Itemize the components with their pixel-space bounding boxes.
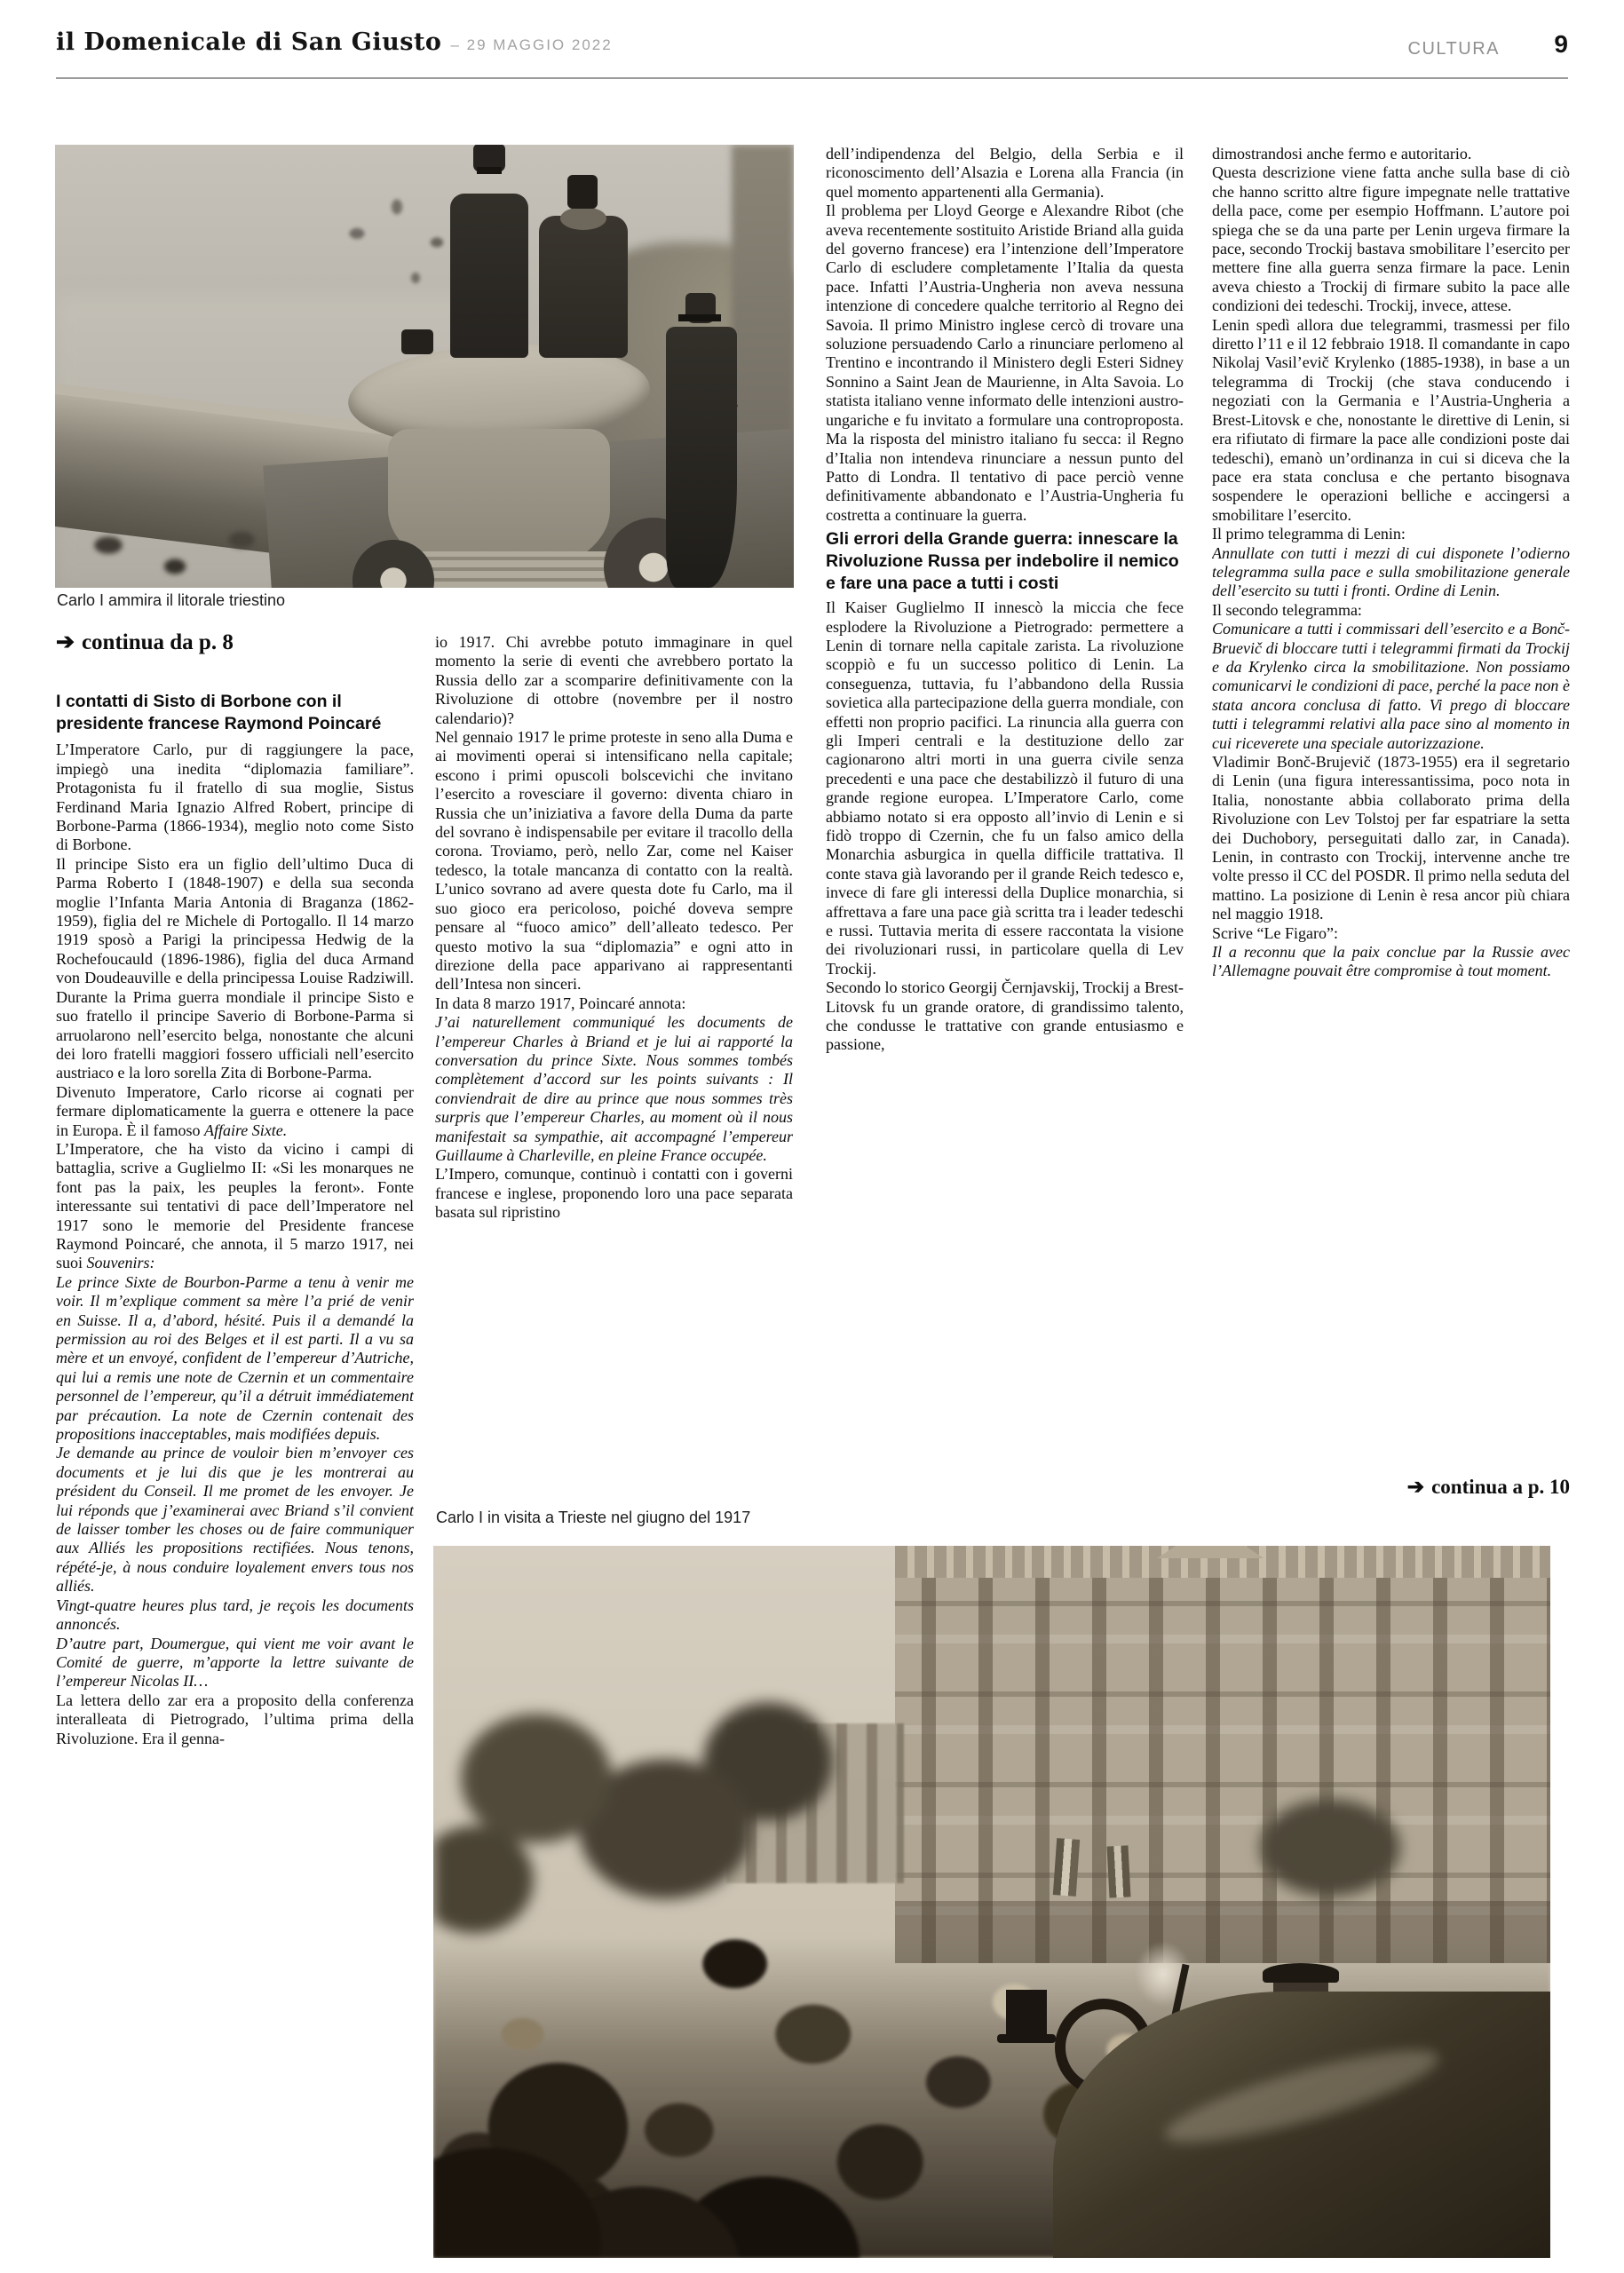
article-heading: I contatti di Sisto di Borbone con il pr… xyxy=(56,691,414,735)
arrow-right-icon: ➔ xyxy=(1407,1476,1424,1498)
photo-car-sheen xyxy=(1158,2033,1445,2159)
paragraph: L’Imperatore, che ha visto da vicino i c… xyxy=(56,1140,414,1273)
quote-paragraph: Annullate con tutti i mezzi di cui dispo… xyxy=(1212,544,1570,601)
arrow-right-icon: ➔ xyxy=(56,633,75,654)
subhead-grande-guerra: Gli errori della Grande guerra: innescar… xyxy=(826,528,1184,595)
photo-figure-officer-fez xyxy=(450,194,528,358)
paragraph: Questa descrizione viene fatta anche sul… xyxy=(1212,163,1570,315)
paragraph: Scrive “Le Figaro”: xyxy=(1212,924,1570,943)
quote-paragraph: J’ai naturellement communiqué les docume… xyxy=(435,1013,793,1165)
paragraph: Il secondo telegramma: xyxy=(1212,601,1570,620)
paragraph: dell’indipendenza del Belgio, della Serb… xyxy=(826,145,1184,202)
photo-figure-chauffeur-hat xyxy=(401,329,433,354)
paragraph: In data 8 marzo 1917, Poincaré annota: xyxy=(435,994,793,1013)
paragraph: L’Imperatore Carlo, pur di raggiungere l… xyxy=(56,741,414,854)
column-3: dell’indipendenza del Belgio, della Serb… xyxy=(826,145,1184,1505)
paragraph: Nel gennaio 1917 le prime proteste in se… xyxy=(435,728,793,994)
page-number: 9 xyxy=(1554,30,1568,59)
quote-paragraph: D’autre part, Doumergue, qui vient me vo… xyxy=(56,1635,414,1691)
masthead-title: il Domenicale di San Giusto xyxy=(56,28,441,56)
paragraph: Secondo lo storico Georgij Černjavskij, … xyxy=(826,978,1184,1055)
photo-flag xyxy=(1106,1845,1130,1897)
photo-figure-standing-guard xyxy=(666,327,737,588)
photo-roof-pediment xyxy=(1157,1546,1264,1558)
paragraph-italic: Souvenirs: xyxy=(87,1254,155,1271)
column-4: dimostrandosi anche fermo e autoritario.… xyxy=(1212,145,1570,1477)
photo-carlo-trieste xyxy=(433,1546,1550,2258)
quote-paragraph: Comunicare a tutti i commissari dell’ese… xyxy=(1212,620,1570,753)
header-rule xyxy=(56,77,1568,79)
newspaper-page: il Domenicale di San Giusto– 29 MAGGIO 2… xyxy=(0,0,1624,2273)
paragraph: Il principe Sisto era un figlio dell’ult… xyxy=(56,855,414,1083)
photo-foreground-heads xyxy=(433,1930,1126,2258)
paragraph: L’Impero, comunque, continuò i contatti … xyxy=(435,1165,793,1222)
paragraph: dimostrandosi anche fermo e autoritario. xyxy=(1212,145,1570,163)
section-label: CULTURA xyxy=(1408,39,1500,59)
jump-to-label: continua a p. 10 xyxy=(1431,1476,1570,1498)
photo-carlo-litorale xyxy=(55,145,794,588)
jump-to: ➔continua a p. 10 xyxy=(1212,1476,1570,1499)
paragraph: Il problema per Lloyd George e Alexandre… xyxy=(826,202,1184,525)
quote-paragraph: Vingt-quatre heures plus tard, je reçois… xyxy=(56,1596,414,1635)
column-2: io 1917. Chi avrebbe potuto immaginare i… xyxy=(435,633,793,1499)
photo-flag xyxy=(1053,1838,1080,1897)
photo-trees-right xyxy=(1215,1768,1446,1928)
paragraph: Divenuto Imperatore, Carlo ricorse ai co… xyxy=(56,1083,414,1140)
paragraph-text: L’Imperatore, che ha visto da vicino i c… xyxy=(56,1140,414,1271)
jump-from: ➔continua da p. 8 xyxy=(56,633,414,652)
paragraph: La lettera dello zar era a proposito del… xyxy=(56,1691,414,1748)
quote-paragraph: Je demande au prince de vouloir bien m’e… xyxy=(56,1444,414,1596)
paragraph: Lenin spedì allora due telegrammi, trasm… xyxy=(1212,316,1570,525)
masthead: il Domenicale di San Giusto– 29 MAGGIO 2… xyxy=(56,28,613,56)
photo-caption-litorale: Carlo I ammira il litorale triestino xyxy=(57,591,285,610)
quote-paragraph: Il a reconnu que la paix conclue par la … xyxy=(1212,943,1570,981)
quote-paragraph: Le prince Sixte de Bourbon-Parme a tenu … xyxy=(56,1273,414,1445)
column-1: ➔continua da p. 8 I contatti di Sisto di… xyxy=(56,633,414,2242)
paragraph: Vladimir Bonč-Brujevič (1873-1955) era i… xyxy=(1212,753,1570,924)
jump-from-label: continua da p. 8 xyxy=(82,633,234,654)
paragraph-italic: Affaire Sixte. xyxy=(204,1121,287,1139)
masthead-date: – 29 MAGGIO 2022 xyxy=(450,36,612,53)
photo-foreground-rocks xyxy=(55,481,321,588)
photo-figure-emperor-fur-collar xyxy=(539,216,628,358)
paragraph: io 1917. Chi avrebbe potuto immaginare i… xyxy=(435,633,793,728)
paragraph: Il Kaiser Guglielmo II innescò la miccia… xyxy=(826,598,1184,978)
photo-caption-trieste: Carlo I in visita a Trieste nel giugno d… xyxy=(436,1509,750,1527)
paragraph: Il primo telegramma di Lenin: xyxy=(1212,525,1570,543)
